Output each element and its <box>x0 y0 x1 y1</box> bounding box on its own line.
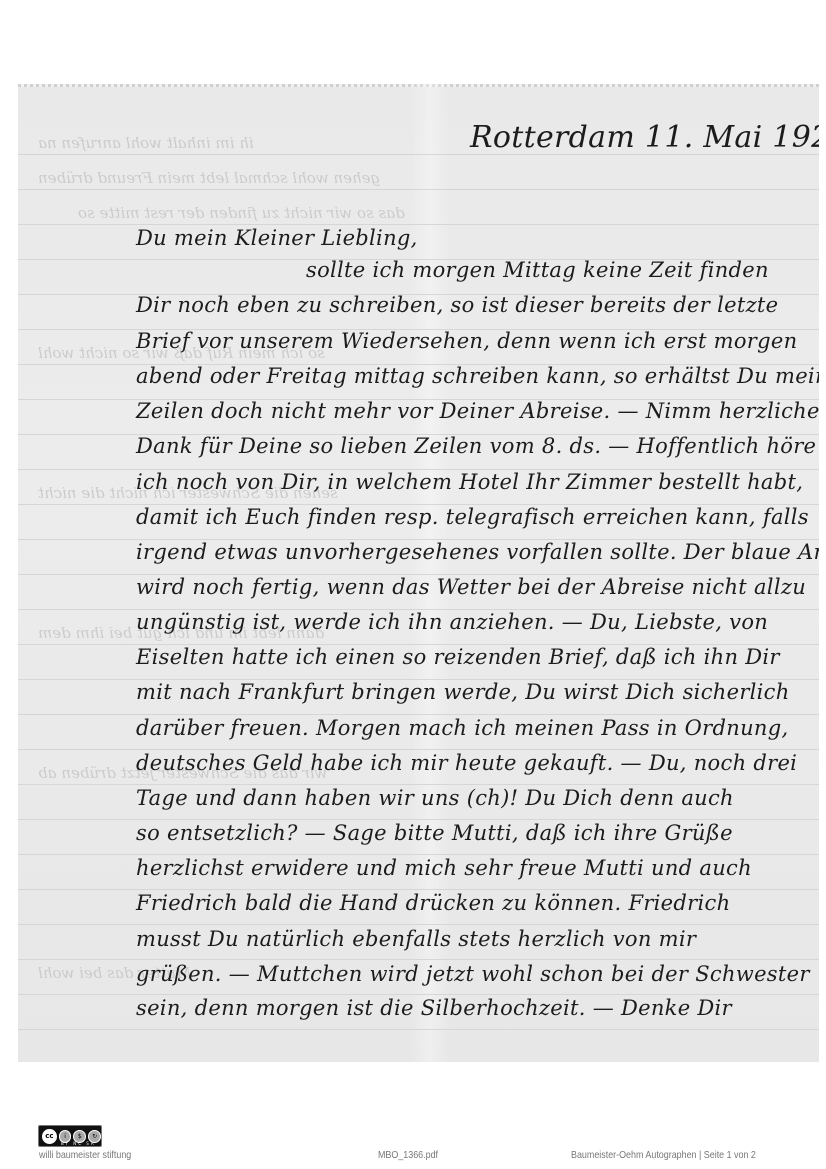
ruled-line <box>18 1029 819 1030</box>
ruled-line <box>18 854 819 855</box>
letter-line: mit nach Frankfurt bringen werde, Du wir… <box>136 680 790 704</box>
letter-line: Eiselten hatte ich einen so reizenden Br… <box>136 645 780 669</box>
letter-line: herzlichst erwidere und mich sehr freue … <box>136 856 752 880</box>
letter-line: Dank für Deine so lieben Zeilen vom 8. d… <box>136 434 816 458</box>
ruled-line <box>18 889 819 890</box>
letter-place-date: Rotterdam 11. Mai 1921. <box>470 120 819 155</box>
letter-line: Friedrich bald die Hand drücken zu könne… <box>136 891 730 915</box>
ruled-line <box>18 819 819 820</box>
cc-by-nc-sa-icon[interactable]: cc i $ ↻ BY NC SA <box>38 1125 102 1147</box>
letter-line: Du mein Kleiner Liebling, <box>136 226 418 250</box>
page-footer: cc i $ ↻ BY NC SA willi baumeister stift… <box>0 1120 826 1169</box>
letter-line: Tage und dann haben wir uns (ch)! Du Dic… <box>136 786 734 810</box>
ruled-line <box>18 224 819 225</box>
cc-logo-icon: cc <box>42 1129 57 1144</box>
letter-line: Brief vor unserem Wiedersehen, denn wenn… <box>136 329 797 353</box>
bleed-through-text: ih im inhalt wohl anrufen na <box>38 134 254 152</box>
ruled-line <box>18 959 819 960</box>
bleed-through-text: das so wir nicht zu finden der rest mitt… <box>78 204 405 222</box>
ruled-line <box>18 714 819 715</box>
ruled-line <box>18 994 819 995</box>
ruled-line <box>18 189 819 190</box>
letter-line: sollte ich morgen Mittag keine Zeit find… <box>306 258 769 282</box>
letter-line: musst Du natürlich ebenfalls stets herzl… <box>136 927 696 951</box>
letter-line: damit ich Euch finden resp. telegrafisch… <box>136 505 809 529</box>
letter-line: darüber freuen. Morgen mach ich meinen P… <box>136 716 788 740</box>
letter-line: deutsches Geld habe ich mir heute gekauf… <box>136 751 797 775</box>
ruled-line <box>18 749 819 750</box>
letter-line: wird noch fertig, wenn das Wetter bei de… <box>136 575 806 599</box>
footer-filename: MBO_1366.pdf <box>378 1149 438 1161</box>
letter-line: so entsetzlich? — Sage bitte Mutti, daß … <box>136 821 733 845</box>
letter-line: grüßen. — Muttchen wird jetzt wohl schon… <box>136 962 810 986</box>
ruled-line <box>18 784 819 785</box>
letter-line: Zeilen doch nicht mehr vor Deiner Abreis… <box>136 399 819 423</box>
letter-line: ungünstig ist, werde ich ihn anziehen. —… <box>136 610 768 634</box>
letter-line: irgend etwas unvorhergesehenes vorfallen… <box>136 540 819 564</box>
scanned-letter-page: ih im inhalt wohl anrufen na gehen wohl … <box>18 84 819 1062</box>
letter-line: Dir noch eben zu schreiben, so ist diese… <box>136 293 778 317</box>
bleed-through-text: gehen wohl schmal lebt mein Freund drübe… <box>38 169 380 187</box>
license-label: BY NC SA <box>61 1141 96 1146</box>
footer-publisher: willi baumeister stiftung <box>39 1149 131 1161</box>
letter-line: abend oder Freitag mittag schreiben kann… <box>136 364 819 388</box>
letter-line: sein, denn morgen ist die Silberhochzeit… <box>136 996 732 1020</box>
footer-collection-page: Baumeister-Oehm Autographen | Seite 1 vo… <box>571 1149 756 1161</box>
letter-line: ich noch von Dir, in welchem Hotel Ihr Z… <box>136 470 803 494</box>
ruled-line <box>18 924 819 925</box>
